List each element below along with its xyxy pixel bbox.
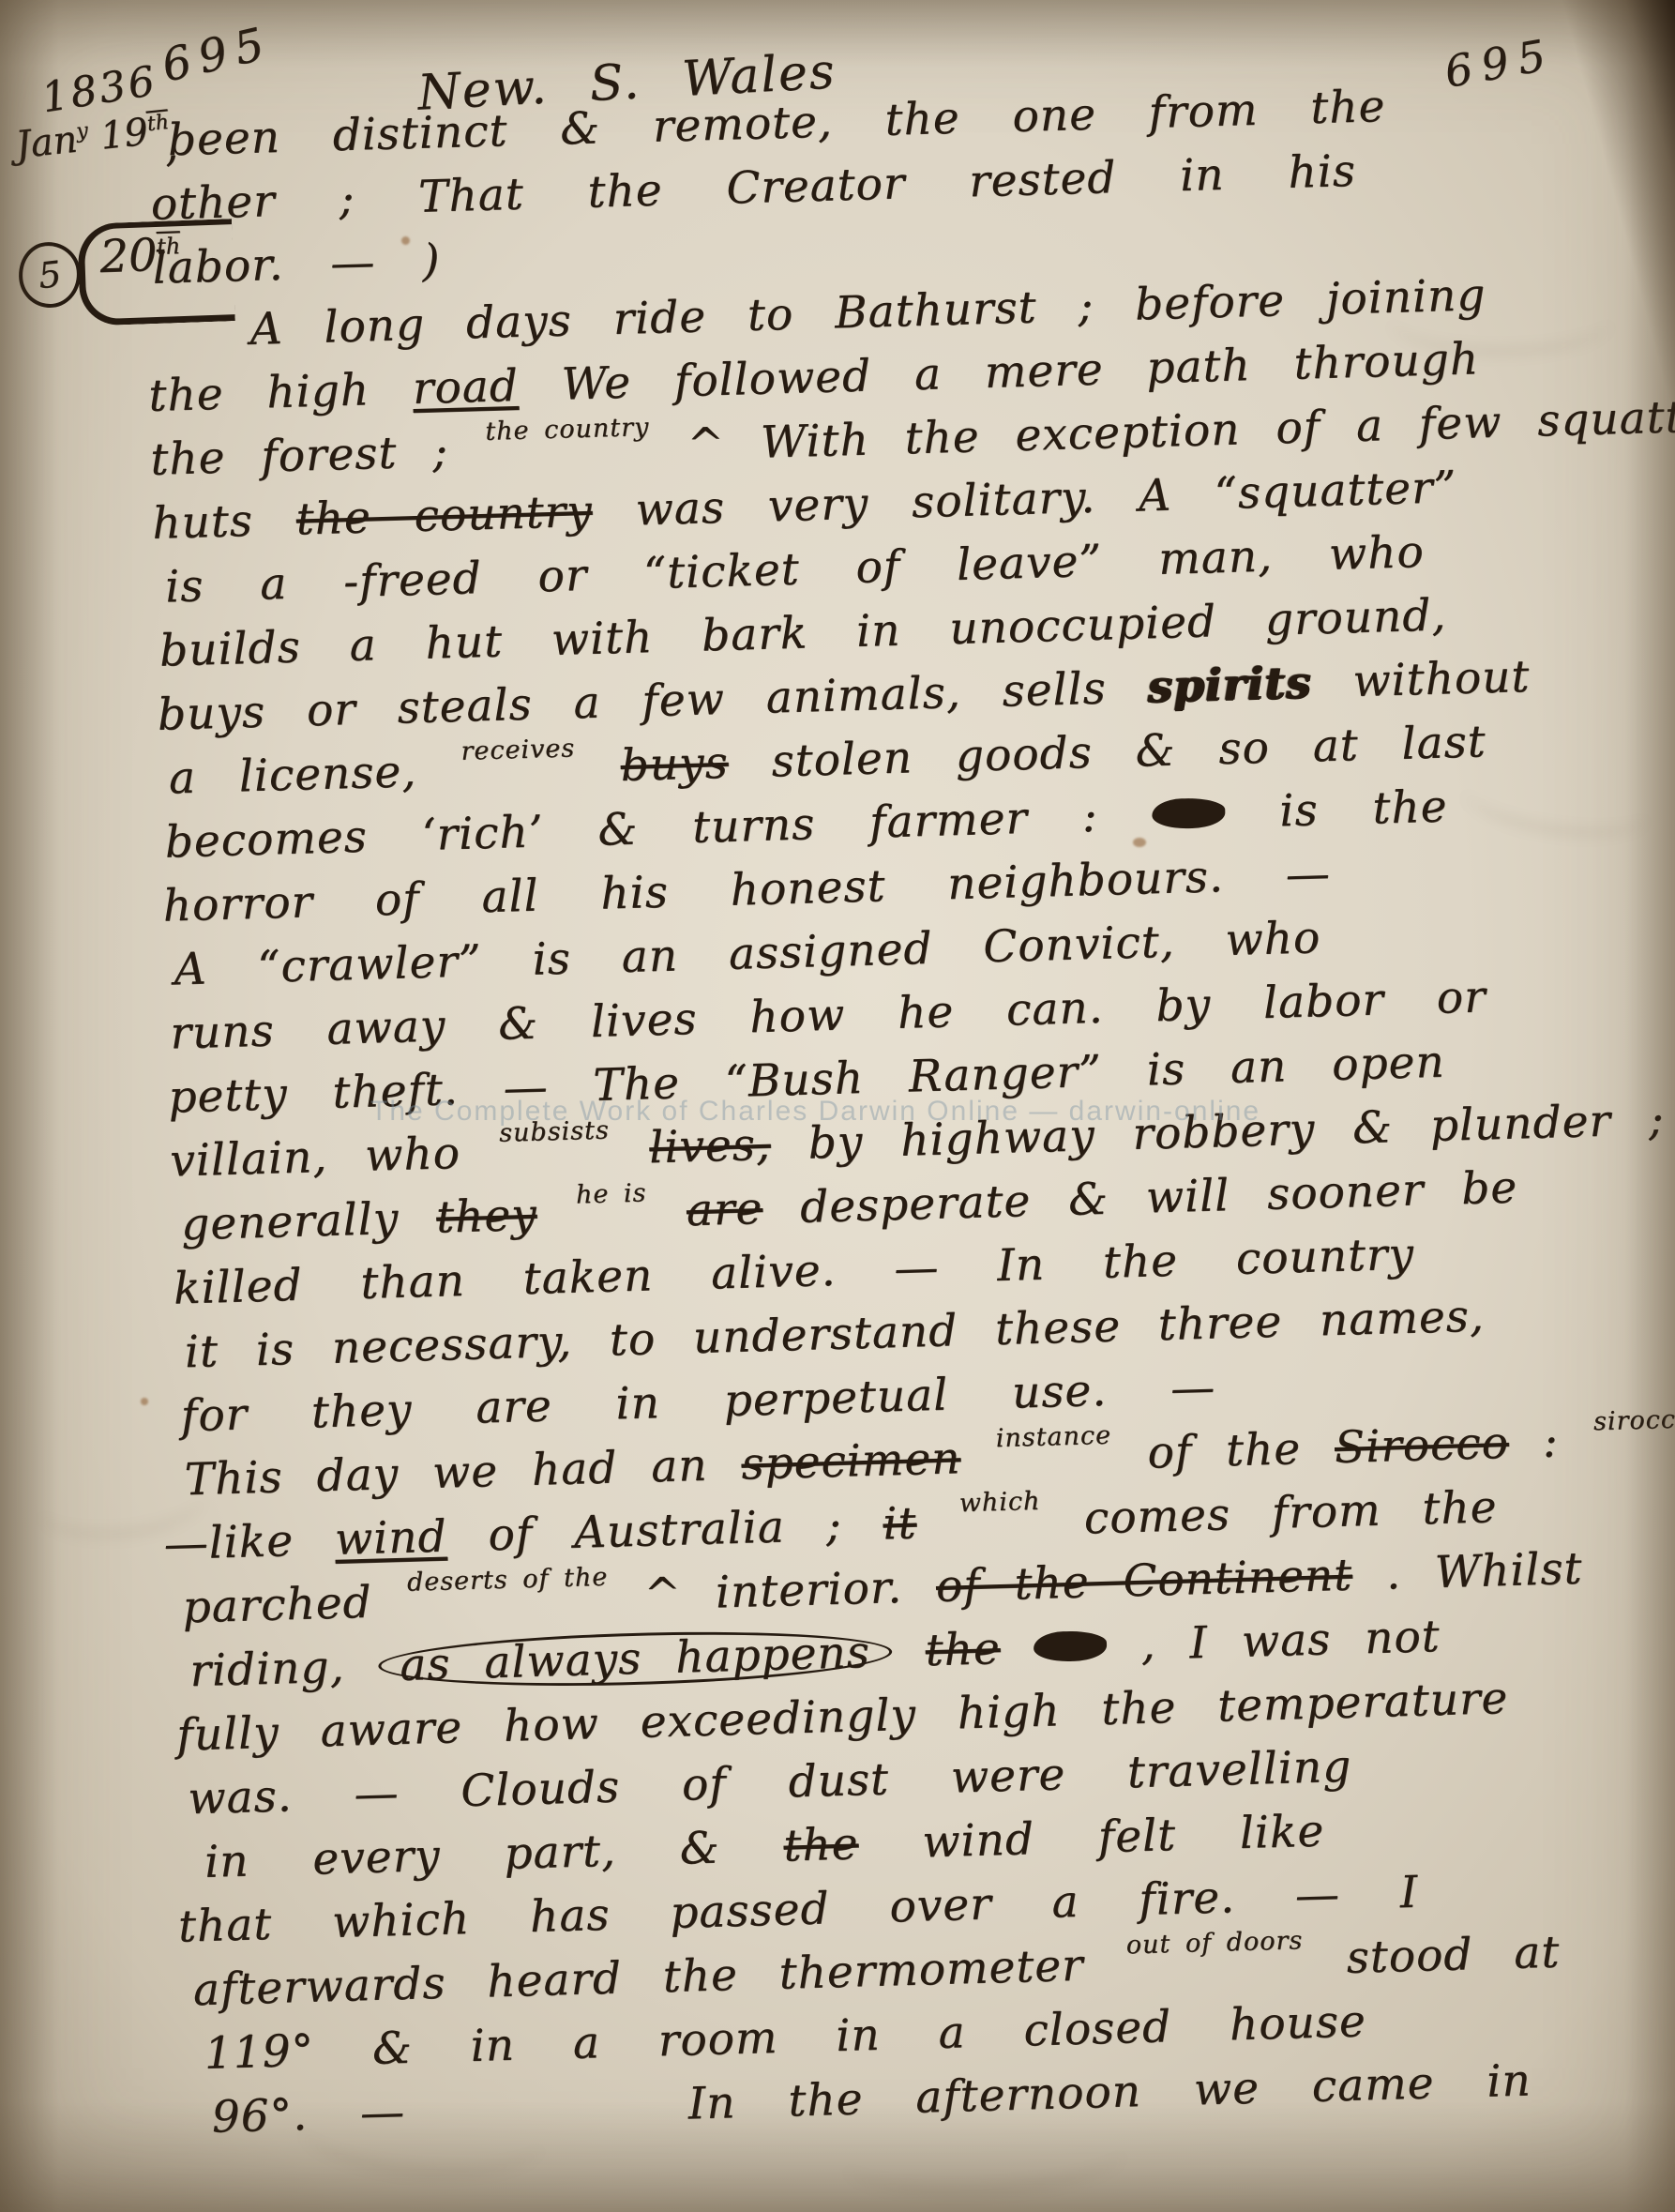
inserted-text: the country xyxy=(484,397,650,463)
text-segment: generally xyxy=(180,1193,400,1250)
inserted-text: instance xyxy=(995,1405,1112,1470)
text-segment: the forest ; xyxy=(150,426,449,486)
strikethrough-text: specimen xyxy=(741,1432,961,1491)
text-segment: the high xyxy=(148,364,370,422)
inserted-text: receives xyxy=(460,718,577,782)
text-segment: parched xyxy=(182,1577,373,1634)
text-segment: ^ interior. xyxy=(643,1562,903,1621)
inserted-text: deserts of the xyxy=(406,1547,609,1614)
strikethrough-text: the xyxy=(783,1818,859,1871)
folio-number-left: 695 xyxy=(157,16,277,92)
text-segment: This day we had an xyxy=(184,1440,708,1507)
margin-circled-number: 5 xyxy=(16,239,84,311)
inserted-text: sirocco- xyxy=(1592,1388,1675,1453)
text-segment: of the xyxy=(1147,1423,1302,1479)
text-segment: without xyxy=(1352,651,1531,707)
text-segment: is the xyxy=(1279,780,1449,837)
strikethrough-text: Sirocco xyxy=(1334,1417,1509,1474)
inserted-text: which xyxy=(958,1471,1041,1535)
strikethrough-text: it xyxy=(883,1497,917,1550)
text-segment: labor. — ) xyxy=(152,235,441,295)
strikethrough-text: are xyxy=(686,1183,763,1236)
text-segment: 96°. — xyxy=(211,2086,406,2144)
strikethrough-text: they xyxy=(435,1189,537,1244)
circled-text: as always happens xyxy=(378,1626,893,1692)
strikethrough-text: buys xyxy=(620,737,730,792)
inserted-text: out of doors xyxy=(1125,1910,1304,1977)
text-segment: wind felt like xyxy=(922,1805,1325,1868)
overwritten-text: spirits xyxy=(1147,657,1312,713)
manuscript-page: 1836 695 695 New. S. Wales Jany 19th, 5 … xyxy=(0,0,1675,2212)
watermark-text: The Complete Work of Charles Darwin Onli… xyxy=(370,1096,1421,1128)
text-segment: riding, xyxy=(189,1642,345,1698)
margin-date-month: Jan xyxy=(13,118,79,168)
text-segment: villain, who xyxy=(170,1128,461,1188)
margin-circled-number-text: 5 xyxy=(37,253,64,296)
text-segment: , I was not xyxy=(1140,1611,1441,1671)
inserted-text: he is xyxy=(575,1162,647,1226)
text-segment: stood at xyxy=(1346,1927,1561,1984)
text-segment: : xyxy=(1542,1416,1559,1467)
strikethrough-text: of the Continent xyxy=(935,1550,1353,1613)
text-segment: huts xyxy=(152,495,254,550)
strikethrough-text: the country xyxy=(295,486,593,546)
text-segment: a license, xyxy=(168,746,417,804)
ink-blot xyxy=(1034,1630,1108,1662)
ink-blot xyxy=(1152,797,1226,829)
spacing-gap xyxy=(458,2120,636,2125)
text-segment: comes from the xyxy=(1083,1481,1498,1544)
text-segment: —like xyxy=(163,1515,294,1570)
margin-date-month-suffix: y xyxy=(75,119,89,144)
strikethrough-text: the xyxy=(925,1623,1001,1676)
text-segment: . Whilst xyxy=(1385,1543,1583,1600)
foxing-spot xyxy=(141,1398,148,1405)
text-segment: in every part, & xyxy=(204,1822,720,1887)
